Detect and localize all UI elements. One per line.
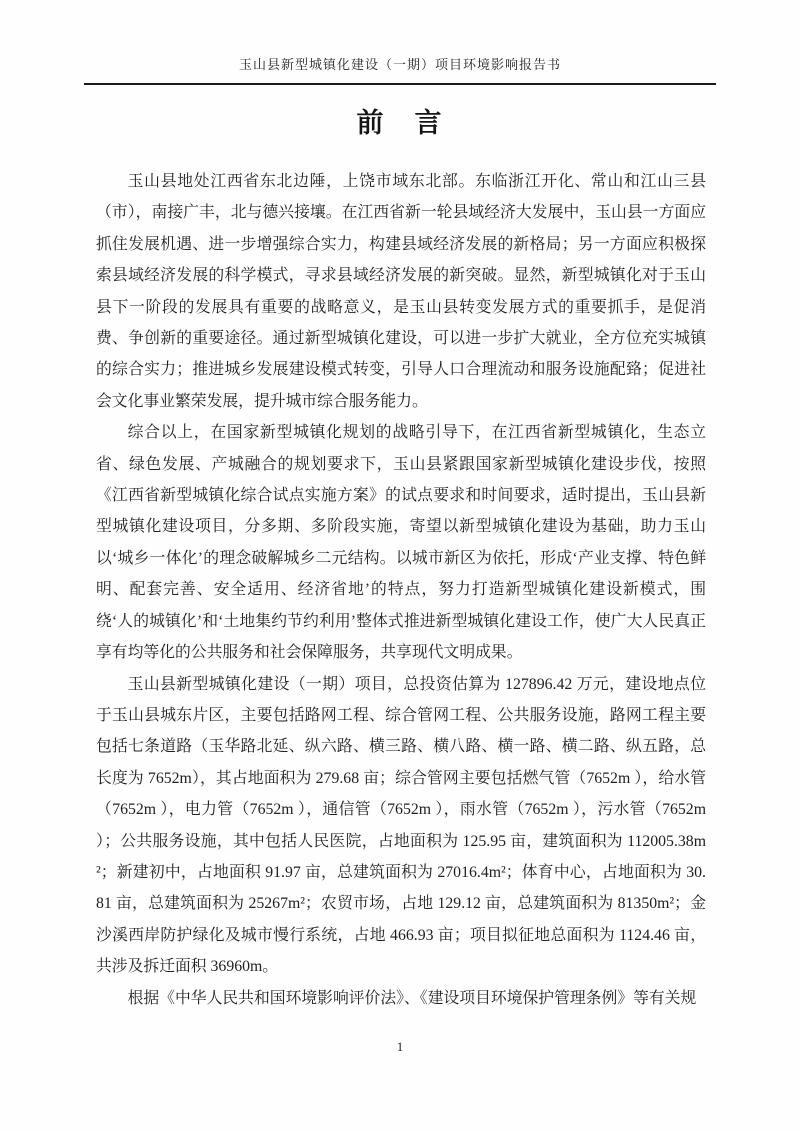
page-title: 前 言 — [0, 105, 800, 141]
page-footer: 1 — [0, 1038, 800, 1056]
paragraph-project-overview: 玉山县新型城镇化建设（一期）项目，总投资估算为 127896.42 万元，建设地… — [96, 669, 706, 983]
paragraph-legal-basis: 根据《中华人民共和国环境影响评价法》、《建设项目环境保护管理条例》等有关规 — [96, 983, 706, 1014]
document-page: 玉山县新型城镇化建设（一期）项目环境影响报告书 前 言 玉山县地处江西省东北边陲… — [0, 0, 800, 1131]
page-number: 1 — [397, 1039, 404, 1054]
page-header: 玉山县新型城镇化建设（一期）项目环境影响报告书 — [0, 56, 800, 85]
paragraph-intro-location: 玉山县地处江西省东北边陲，上饶市域东北部。东临浙江开化、常山和江山三县（市），南… — [96, 166, 706, 417]
document-body: 玉山县地处江西省东北边陲，上饶市域东北部。东临浙江开化、常山和江山三县（市），南… — [96, 166, 706, 1014]
paragraph-policy-background: 综合以上，在国家新型城镇化规划的战略引导下，在江西省新型城镇化，生态立省、绿色发… — [96, 417, 706, 668]
header-divider — [84, 83, 716, 85]
header-title: 玉山县新型城镇化建设（一期）项目环境影响报告书 — [0, 56, 800, 73]
